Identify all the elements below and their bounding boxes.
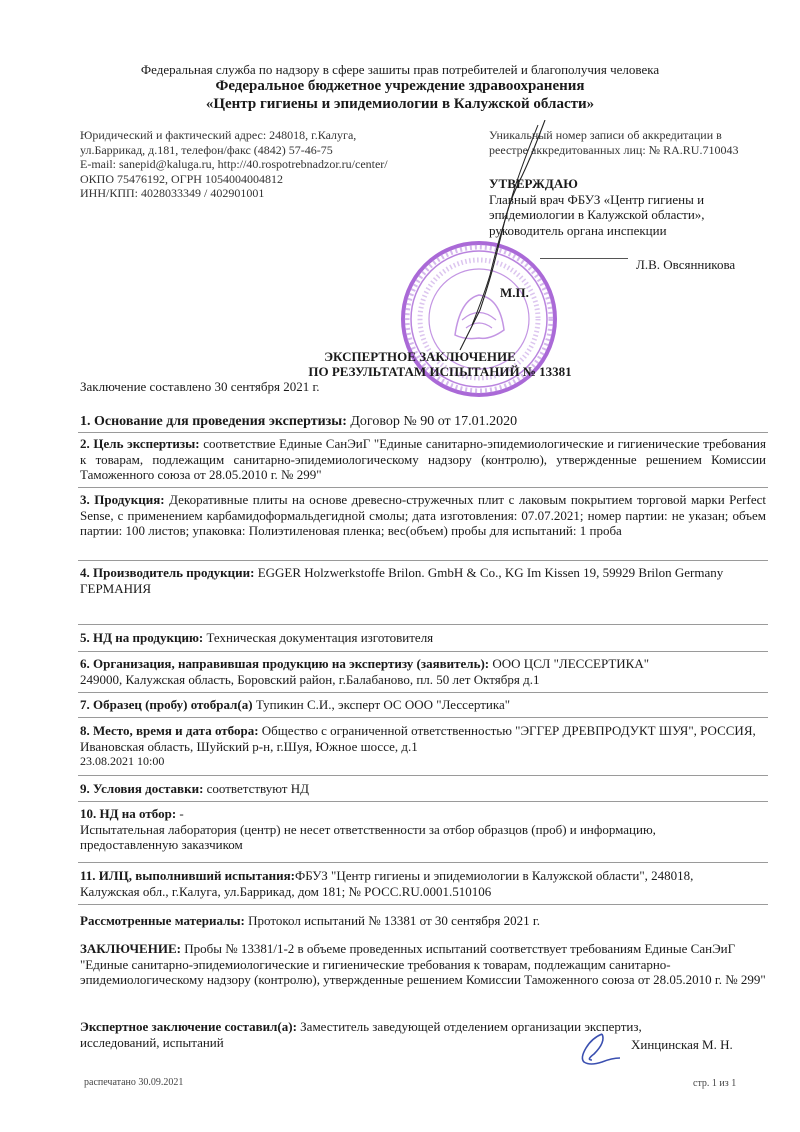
sampling-datetime: 23.08.2021 10:00: [80, 754, 766, 770]
institution-type: Федеральное бюджетное учреждение здравоо…: [0, 78, 800, 95]
materials-label: Рассмотренные материалы:: [80, 913, 245, 928]
item-basis: 1. Основание для проведения экспертизы: …: [80, 414, 766, 430]
item-label: 11. ИЛЦ, выполнивший испытания:: [80, 868, 295, 883]
item-label: 7. Образец (пробу) отобрал(а): [80, 697, 253, 712]
item-value: Техническая документация изготовителя: [203, 630, 433, 645]
item-label: 2. Цель экспертизы:: [80, 436, 200, 451]
applicant-address: 249000, Калужская область, Боровский рай…: [80, 672, 766, 688]
registration-line: ОКПО 75476192, ОГРН 1054004004812: [80, 172, 388, 187]
address-block: Юридический и фактический адрес: 248018,…: [80, 128, 388, 201]
item-product-nd: 5. НД на продукцию: Техническая документ…: [80, 630, 766, 646]
page-number: стр. 1 из 1: [693, 1078, 736, 1089]
divider: [78, 717, 768, 718]
approver-name: Л.В. Овсянникова: [636, 257, 735, 273]
item-value: Тупикин С.И., эксперт ОС ООО "Лессертика…: [253, 697, 510, 712]
printed-date: распечатано 30.09.2021: [84, 1077, 183, 1088]
item-label: 5. НД на продукцию:: [80, 630, 203, 645]
item-value: соответствуют НД: [203, 781, 309, 796]
item-label: 3. Продукция:: [80, 492, 165, 507]
item-label: 9. Условия доставки:: [80, 781, 203, 796]
item-label: 8. Место, время и дата отбора:: [80, 723, 259, 738]
divider: [78, 692, 768, 693]
item-purpose: 2. Цель экспертизы: соответствие Единые …: [80, 436, 766, 483]
address-line: ул.Баррикад, д.181, телефон/факс (4842) …: [80, 143, 388, 158]
reviewed-materials: Рассмотренные материалы: Протокол испыта…: [80, 913, 766, 929]
item-delivery: 9. Условия доставки: соответствуют НД: [80, 781, 766, 797]
approver-signature-icon: [450, 120, 560, 460]
item-value: EGGER Holzwerkstoffe Brilon. GmbH & Co.,…: [254, 565, 723, 580]
divider: [78, 560, 768, 561]
address-line: Юридический и фактический адрес: 248018,…: [80, 128, 388, 143]
item-label: 10. НД на отбор:: [80, 806, 176, 821]
item-label: 4. Производитель продукции:: [80, 565, 254, 580]
author-signature-icon: [572, 1028, 624, 1068]
item-applicant: 6. Организация, направившая продукцию на…: [80, 656, 766, 687]
author-label: Экспертное заключение составил(а):: [80, 1019, 297, 1034]
tax-id-line: ИНН/КПП: 4028033349 / 402901001: [80, 186, 388, 201]
document-page: Федеральная служба по надзору в сфере за…: [0, 0, 800, 1132]
document-subtitle: ПО РЕЗУЛЬТАТАМ ИСПЫТАНИЙ № 13381: [40, 364, 800, 380]
manufacturer-country: ГЕРМАНИЯ: [80, 581, 766, 597]
divider: [78, 487, 768, 488]
item-label: 6. Организация, направившая продукцию на…: [80, 656, 489, 671]
item-sampling-place: 8. Место, время и дата отбора: Общество …: [80, 723, 766, 770]
document-title: ЭКСПЕРТНОЕ ЗАКЛЮЧЕНИЕ: [20, 349, 800, 365]
divider: [78, 775, 768, 776]
item-product: 3. Продукция: Декоративные плиты на осно…: [80, 492, 766, 539]
item-lab: 11. ИЛЦ, выполнивший испытания:ФБУЗ "Цен…: [80, 868, 720, 899]
conclusion: ЗАКЛЮЧЕНИЕ: Пробы № 13381/1-2 в объеме п…: [80, 941, 770, 988]
divider: [78, 801, 768, 802]
item-value: ООО ЦСЛ "ЛЕССЕРТИКА": [489, 656, 649, 671]
conclusion-value: Пробы № 13381/1-2 в объеме проведенных и…: [80, 941, 766, 987]
compiled-date: Заключение составлено 30 сентября 2021 г…: [80, 379, 320, 395]
agency-name: Федеральная служба по надзору в сфере за…: [0, 62, 800, 78]
contact-line: E-mail: sanepid@kaluga.ru, http://40.ros…: [80, 157, 388, 172]
institution-name: «Центр гигиены и эпидемиологии в Калужск…: [0, 96, 800, 113]
divider: [78, 624, 768, 625]
item-value: Декоративные плиты на основе древесно-ст…: [80, 492, 766, 538]
divider: [78, 651, 768, 652]
item-sampling-nd: 10. НД на отбор: - Испытательная лаборат…: [80, 806, 766, 853]
item-value: -: [176, 806, 184, 821]
divider: [78, 432, 768, 433]
divider: [78, 862, 768, 863]
author-name: Хинцинская М. Н.: [631, 1037, 733, 1053]
item-sampler: 7. Образец (пробу) отобрал(а) Тупикин С.…: [80, 697, 766, 713]
conclusion-label: ЗАКЛЮЧЕНИЕ:: [80, 941, 181, 956]
lab-disclaimer: Испытательная лаборатория (центр) не нес…: [80, 822, 680, 853]
item-value: Договор № 90 от 17.01.2020: [347, 414, 517, 429]
item-label: 1. Основание для проведения экспертизы:: [80, 414, 347, 429]
divider: [78, 904, 768, 905]
materials-value: Протокол испытаний № 13381 от 30 сентябр…: [245, 913, 540, 928]
item-manufacturer: 4. Производитель продукции: EGGER Holzwe…: [80, 565, 766, 596]
